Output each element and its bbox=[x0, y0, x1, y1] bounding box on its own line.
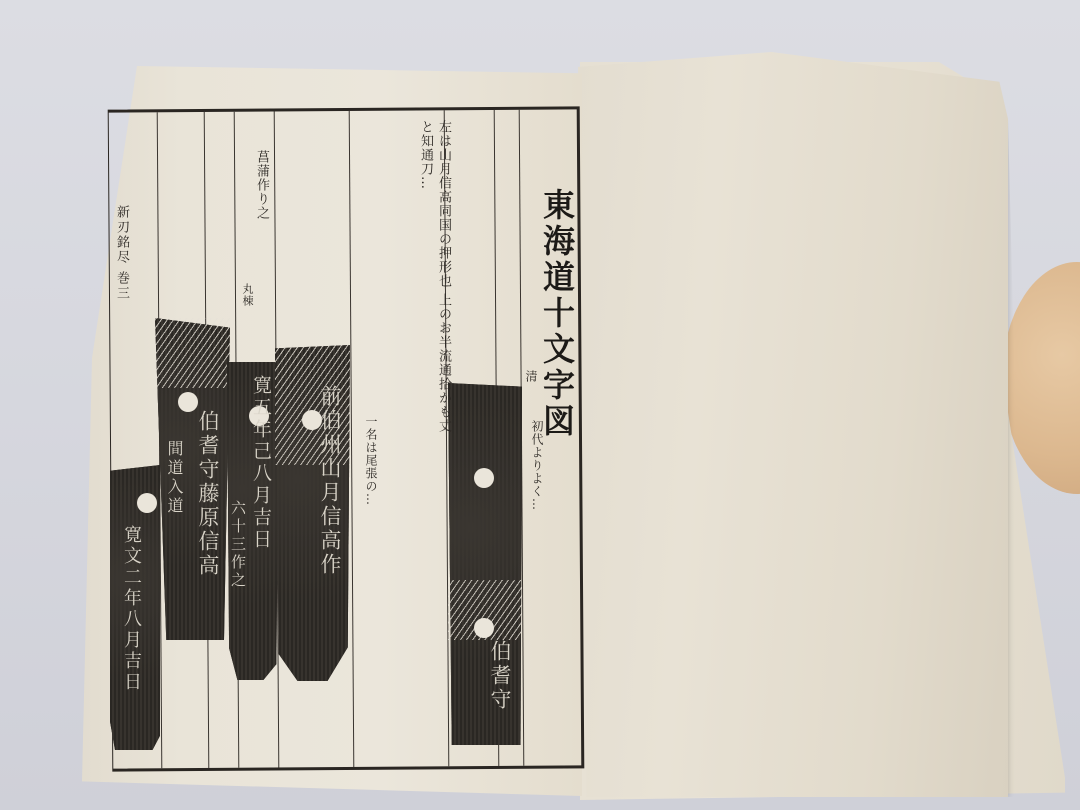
blade-5-hole-upper bbox=[474, 468, 494, 488]
label-sei: 清 bbox=[522, 370, 540, 383]
blade-5-hole-lower bbox=[474, 618, 494, 638]
blade-2-hole bbox=[178, 392, 198, 412]
blade-3-sub-inscription: 六十三作之 bbox=[228, 500, 249, 590]
right-page-blank bbox=[578, 52, 1008, 797]
commentary-right: 初代よりよく… bbox=[528, 420, 546, 750]
volume-title: 新刃銘尽 巻三 bbox=[112, 205, 131, 301]
blade-5-inscription: 伯耆守 bbox=[485, 640, 515, 712]
annotation-shobu: 菖蒲作り之 bbox=[252, 150, 270, 220]
blade-2-inscription: 伯耆守藤原信高 bbox=[193, 410, 223, 578]
label-maru-mune: 丸棟 bbox=[238, 283, 256, 307]
blade-2-file-marks bbox=[155, 318, 230, 388]
commentary-main: 左は山月信高同国の押形也 上のお半流通拾かも丈と知通刀… bbox=[352, 120, 452, 440]
page-title: 東海道十文字図 bbox=[534, 188, 580, 440]
commentary-second: 一名は尾張の… bbox=[360, 415, 380, 655]
blade-4-inscription: 前伯州山月信高作 bbox=[315, 385, 345, 577]
blade-1-inscription: 寛文二年八月吉日 bbox=[118, 525, 144, 693]
blade-1-hole bbox=[137, 493, 157, 513]
blade-2-sub-inscription: 間道入道 bbox=[163, 440, 186, 516]
blade-3-inscription: 寛五年己八月吉日 bbox=[248, 375, 275, 551]
